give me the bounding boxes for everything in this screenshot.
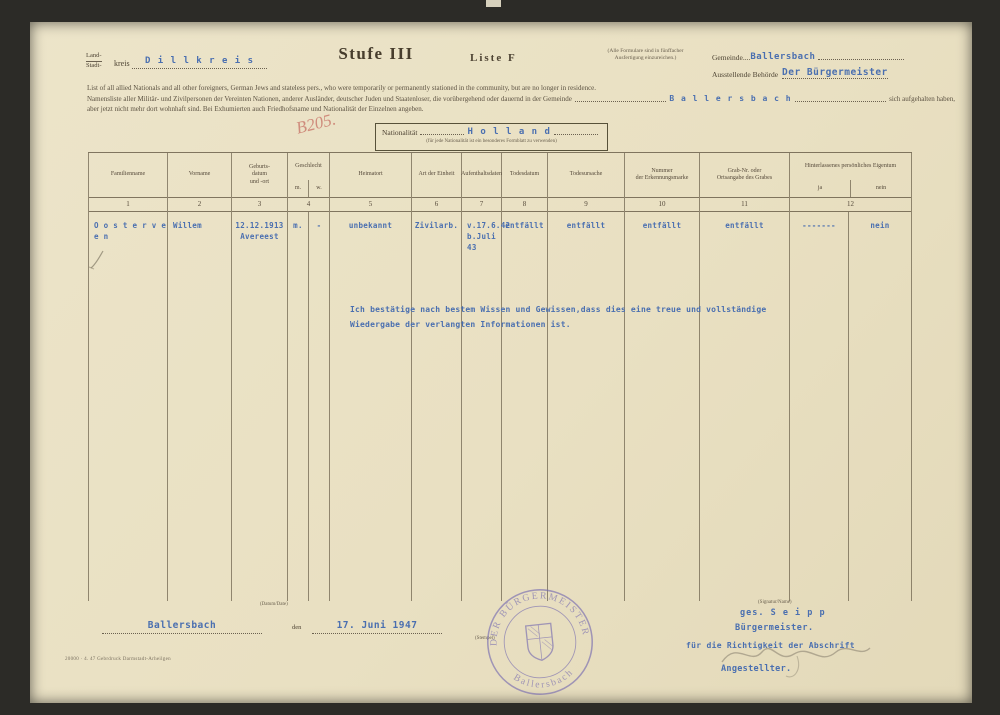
- column-header: Vorname: [168, 153, 231, 198]
- sub-nein-label: nein: [850, 180, 911, 197]
- column-body: Zivilarb.: [412, 212, 461, 601]
- column-body: entfällt: [625, 212, 699, 601]
- geschlecht-subheader: m. w.: [288, 180, 329, 197]
- nationality-row: Nationalität H o l l a n d: [382, 126, 601, 137]
- forms-instruction-note: (Alle Formulare sind in fünffacher Ausfe…: [583, 48, 708, 62]
- column-geschlecht: Geschlecht m. w. 4 m. -: [288, 153, 330, 601]
- column-number: 8: [502, 198, 547, 212]
- column-number: 6: [412, 198, 461, 212]
- cell-eigentum-nein: nein: [848, 212, 911, 601]
- den-label: den: [292, 624, 301, 631]
- column-familienname: Familienname 1 O o s t e r v e e n: [88, 153, 168, 601]
- cell-heimatort: unbekannt: [330, 212, 411, 601]
- scanned-document: { "colors": { "paper": "#e9e0c2", "typew…: [0, 0, 1000, 715]
- column-body: entfällt: [548, 212, 624, 601]
- kreis-value: D i l l k r e i s: [145, 56, 254, 66]
- column-art-der-einheit: Art der Einheit 6 Zivilarb.: [412, 153, 462, 601]
- column-header: Geschlecht m. w.: [288, 153, 329, 198]
- column-body: Willem: [168, 212, 231, 601]
- cell-geschlecht-w: -: [308, 212, 329, 601]
- column-header: Todesursache: [548, 153, 624, 198]
- certification-statement: Ich bestätige nach bestem Wissen und Gew…: [350, 302, 810, 332]
- eigentum-label: Hinterlassenes persönliches Eigentum: [790, 153, 911, 180]
- land-label: Land-: [86, 52, 102, 62]
- liste-label: Liste F: [470, 52, 517, 64]
- cell-todesdatum: entfällt: [502, 212, 547, 601]
- sub-w-label: w.: [308, 180, 329, 197]
- stadt-label: Stadt-: [86, 62, 102, 69]
- column-body: m. -: [288, 212, 329, 601]
- column-header: Familienname: [89, 153, 167, 198]
- intro-german-part1: Namensliste aller Militär- und Zivilpers…: [87, 94, 572, 104]
- eigentum-cells: ------- nein: [790, 212, 911, 601]
- cell-erkennungsmarke: entfällt: [625, 212, 699, 601]
- column-number: 3: [232, 198, 287, 212]
- cell-vorname: Willem: [168, 212, 231, 601]
- intro-gemeinde-value: B a l l e r s b a c h: [669, 94, 791, 104]
- column-header: Heimatort: [330, 153, 411, 198]
- printer-imprint: 20000 · 4. 47 Gebrdruck Darmstadt-Arheil…: [65, 657, 171, 662]
- behoerde-row: Ausstellende Behörde Der Bürgermeister: [712, 67, 932, 79]
- kreis-label: kreis: [114, 59, 130, 68]
- column-todesursache: Todesursache 9 entfällt: [548, 153, 625, 601]
- signature-name-label: (Signatur/Name): [758, 600, 792, 605]
- column-number: 10: [625, 198, 699, 212]
- scan-edge-notch: [486, 0, 501, 7]
- column-heimatort: Heimatort 5 unbekannt: [330, 153, 412, 601]
- column-body: v.17.6.42 b.Juli 43: [462, 212, 501, 601]
- dotted-leader: [554, 126, 598, 135]
- column-header: Aufenthaltsdaten: [462, 153, 501, 198]
- signed-name: ges. S e i p p: [740, 608, 826, 618]
- cell-geschlecht-m: m.: [288, 212, 308, 601]
- sub-ja-label: ja: [790, 180, 850, 197]
- dotted-leader: [818, 51, 904, 60]
- column-header: Todesdatum: [502, 153, 547, 198]
- statement-line1: Ich bestätige nach bestem Wissen und Gew…: [350, 302, 810, 317]
- cell-einheit: Zivilarb.: [412, 212, 461, 601]
- record-table: Familienname 1 O o s t e r v e e n Vorna…: [88, 152, 912, 601]
- column-number: 1: [89, 198, 167, 212]
- dotted-leader: [575, 93, 667, 102]
- intro-line-english: List of all allied Nationals and all oth…: [87, 83, 955, 93]
- column-body: entfällt: [502, 212, 547, 601]
- eigentum-subheader: ja nein: [790, 180, 911, 197]
- geschlecht-label: Geschlecht: [288, 153, 329, 180]
- kreis-entry-line: D i l l k r e i s: [132, 55, 267, 69]
- nationality-note: (für jede Nationalität ist ein besondere…: [382, 139, 601, 144]
- forms-note-line2: Ausfertigung einzureichen.): [583, 55, 708, 62]
- column-erkennungsmarke: Nummer der Erkennungsmarke 10 entfällt: [625, 153, 700, 601]
- cell-eigentum-ja: -------: [790, 212, 848, 601]
- column-aufenthaltsdaten: Aufenthaltsdaten 7 v.17.6.42 b.Juli 43: [462, 153, 502, 601]
- column-header: Art der Einheit: [412, 153, 461, 198]
- nationality-box: Nationalität H o l l a n d (für jede Nat…: [375, 123, 608, 151]
- column-number: 5: [330, 198, 411, 212]
- intro-line-german-3: aber jetzt nicht mehr dort wohnhaft sind…: [87, 104, 955, 114]
- cell-grab: entfällt: [700, 212, 789, 601]
- official-round-stamp: DER BÜRGERMEISTER Ballersbach: [476, 578, 603, 705]
- cell-geburt: 12.12.1913 Avereest: [232, 212, 287, 601]
- column-number: 7: [462, 198, 501, 212]
- handwritten-signature: [702, 622, 877, 680]
- dotted-leader: [795, 93, 887, 102]
- column-header: Nummer der Erkennungsmarke: [625, 153, 699, 198]
- form-title: Stufe III: [306, 44, 446, 64]
- column-number: 2: [168, 198, 231, 212]
- behoerde-label: Ausstellende Behörde: [712, 70, 778, 79]
- column-vorname: Vorname 2 Willem: [168, 153, 232, 601]
- column-number: 11: [700, 198, 789, 212]
- svg-text:Ballersbach: Ballersbach: [511, 666, 578, 694]
- column-body: entfällt: [700, 212, 789, 601]
- cell-aufenthalt: v.17.6.42 b.Juli 43: [462, 212, 501, 601]
- column-eigentum: Hinterlassenes persönliches Eigentum ja …: [790, 153, 912, 601]
- date-value: 17. Juni 1947: [312, 620, 442, 634]
- document-paper: Stufe III Liste F Land- Stadt- kreis D i…: [30, 22, 972, 703]
- pencil-check-mark: [88, 250, 114, 272]
- stamp-coat-of-arms: [526, 623, 555, 661]
- column-geburtsdatum: Geburts- datum und -ort 3 12.12.1913 Ave…: [232, 153, 288, 601]
- datum-date-label: (Datum/Date): [260, 602, 288, 607]
- intro-german-part2: sich aufgehalten haben,: [889, 94, 955, 104]
- column-grab: Grab-Nr. oder Ortsangabe des Grabes 11 e…: [700, 153, 790, 601]
- forms-note-line1: (Alle Formulare sind in fünffacher: [583, 48, 708, 55]
- column-number: 12: [790, 198, 911, 212]
- column-header: Geburts- datum und -ort: [232, 153, 287, 198]
- statement-line2: Wiedergabe der verlangten Informationen …: [350, 317, 810, 332]
- column-body: 12.12.1913 Avereest: [232, 212, 287, 601]
- nationality-value: H o l l a n d: [467, 127, 550, 137]
- dotted-leader: [420, 126, 464, 135]
- gemeinde-row: Gemeinde.... Ballersbach: [712, 51, 907, 62]
- column-number: 4: [288, 198, 329, 212]
- place-value: Ballersbach: [102, 620, 262, 634]
- intro-paragraph: List of all allied Nationals and all oth…: [87, 83, 955, 114]
- gemeinde-label: Gemeinde....: [712, 53, 750, 62]
- column-header: Hinterlassenes persönliches Eigentum ja …: [790, 153, 911, 198]
- nationality-label: Nationalität: [382, 128, 417, 137]
- column-body: unbekannt: [330, 212, 411, 601]
- behoerde-value: Der Bürgermeister: [782, 67, 888, 79]
- kreis-fraction: Land- Stadt-: [86, 52, 102, 70]
- column-todesdatum: Todesdatum 8 entfällt: [502, 153, 548, 601]
- sub-m-label: m.: [288, 180, 308, 197]
- stamp-bottom-text: Ballersbach: [511, 666, 578, 694]
- column-number: 9: [548, 198, 624, 212]
- cell-todesursache: entfällt: [548, 212, 624, 601]
- geschlecht-cells: m. -: [288, 212, 329, 601]
- gemeinde-value: Ballersbach: [750, 52, 815, 62]
- intro-line-german: Namensliste aller Militär- und Zivilpers…: [87, 93, 955, 104]
- column-body: ------- nein: [790, 212, 911, 601]
- column-header: Grab-Nr. oder Ortsangabe des Grabes: [700, 153, 789, 198]
